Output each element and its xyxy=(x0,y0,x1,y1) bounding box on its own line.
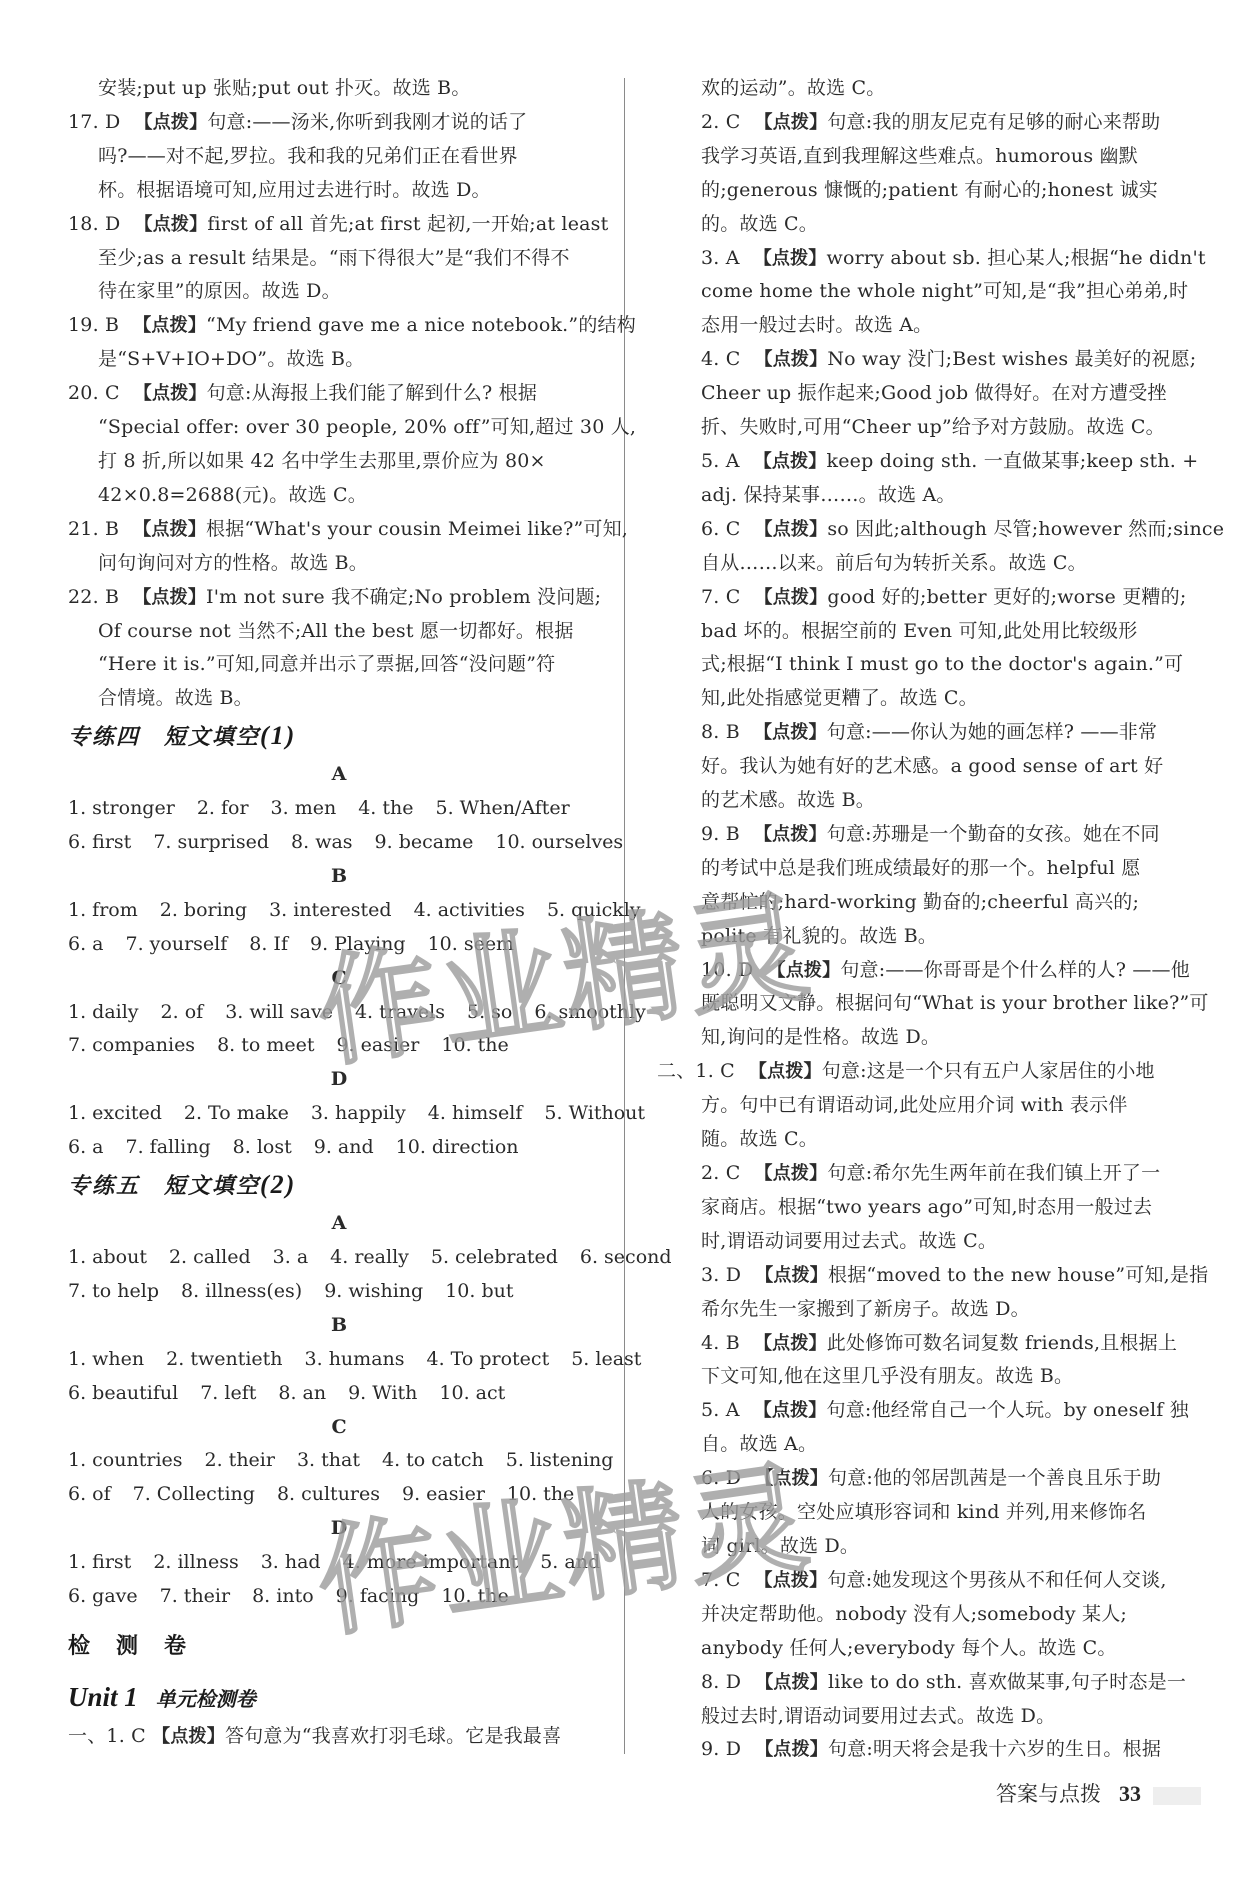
answer-line: 知,此处指感觉更糟了。故选 C。 xyxy=(701,682,1189,716)
answer-line: 时,谓语动词要用过去式。故选 C。 xyxy=(701,1225,1189,1259)
answer-first-line: 二、1. C【点拨】句意:这是一个只有五户人家居住的小地 xyxy=(657,1055,1189,1089)
answer-line: 我学习英语,直到我理解这些难点。humorous 幽默 xyxy=(701,140,1189,174)
blank-answer: 5. celebrated xyxy=(431,1246,558,1268)
answer-item: 6. C【点拨】so 因此;although 尽管;however 然而;sin… xyxy=(701,513,1189,581)
answer-number: 17. D xyxy=(68,106,121,140)
blank-answer: 9. facing xyxy=(336,1585,420,1607)
answer-line: 自。故选 A。 xyxy=(701,1428,1189,1462)
answer-number: 2. C xyxy=(701,106,741,140)
blank-answer: 2. twentieth xyxy=(166,1348,282,1370)
answer-first-line: 4. B【点拨】此处修饰可数名词复数 friends,且根据上 xyxy=(701,1327,1189,1361)
answer-first-line: 2. C【点拨】句意:我的朋友尼克有足够的耐心来帮助 xyxy=(701,106,1189,140)
blank-answer: 8. was xyxy=(291,831,353,853)
answer-line: anybody 任何人;everybody 每个人。故选 C。 xyxy=(701,1632,1189,1666)
blank-answer: 3. will save xyxy=(225,1001,333,1023)
answer-line: 意帮忙的;hard-working 勤奋的;cheerful 高兴的; xyxy=(701,886,1189,920)
answer-first-line: 17. D【点拨】句意:——汤米,你听到我刚才说的话了 xyxy=(68,106,610,140)
left-column: 安装;put up 张贴;put out 扑灭。故选 B。 17. D【点拨】句… xyxy=(68,72,610,1754)
answer-number: 21. B xyxy=(68,513,119,547)
blank-answer: 2. called xyxy=(169,1246,251,1268)
answer-list-right: 2. C【点拨】句意:我的朋友尼克有足够的耐心来帮助我学习英语,直到我理解这些难… xyxy=(701,106,1189,1055)
blank-answer: 8. into xyxy=(252,1585,314,1607)
answer-item: 2. C【点拨】句意:我的朋友尼克有足够的耐心来帮助我学习英语,直到我理解这些难… xyxy=(701,106,1189,242)
part-label: B xyxy=(68,860,610,894)
answer-line: “Special offer: over 30 people, 20% off”… xyxy=(68,411,610,445)
answer-number: 8. B xyxy=(701,716,740,750)
blank-answer: 2. boring xyxy=(160,899,247,921)
answer-list-part2: 二、1. C【点拨】句意:这是一个只有五户人家居住的小地方。句中已有谓语动词,此… xyxy=(701,1055,1189,1767)
answer-item: 6. D【点拨】句意:他的邻居凯茜是一个善良且乐于助人的女孩。空处应填形容词和 … xyxy=(701,1462,1189,1564)
answer-number: 2. C xyxy=(701,1157,741,1191)
answer-number: 1. C xyxy=(695,1055,735,1089)
answer-line: 打 8 折,所以如果 42 名中学生去那里,票价应为 80× xyxy=(68,445,610,479)
answer-first-line: 5. A【点拨】keep doing sth. 一直做某事;keep sth. … xyxy=(701,445,1189,479)
answer-row: 6. beautiful7. left8. an9. With10. act xyxy=(68,1377,610,1411)
answer-item: 一、1. C 【点拨】答句意为“我喜欢打羽毛球。它是我最喜 xyxy=(68,1720,610,1754)
answer-number: 9. B xyxy=(701,818,740,852)
answer-item: 17. D【点拨】句意:——汤米,你听到我刚才说的话了吗?——对不起,罗拉。我和… xyxy=(68,106,610,208)
blank-answer: 1. first xyxy=(68,1551,131,1573)
answer-item: 5. A【点拨】keep doing sth. 一直做某事;keep sth. … xyxy=(701,445,1189,513)
hint-tag: 【点拨】 xyxy=(134,383,207,404)
answer-first-line: 3. A【点拨】worry about sb. 担心某人;根据“he didn'… xyxy=(701,242,1189,276)
hint-tag: 【点拨】 xyxy=(754,1400,827,1421)
answer-line: polite 有礼貌的。故选 B。 xyxy=(701,920,1189,954)
blank-answer: 9. With xyxy=(348,1382,417,1404)
answer-line: Cheer up 振作起来;Good job 做得好。在对方遭受挫 xyxy=(701,377,1189,411)
blank-answer: 7. falling xyxy=(126,1136,211,1158)
answer-first-line: 2. C【点拨】句意:希尔先生两年前在我们镇上开了一 xyxy=(701,1157,1189,1191)
blank-answer: 3. had xyxy=(261,1551,321,1573)
answer-first-line: 7. C【点拨】good 好的;better 更好的;worse 更糟的; xyxy=(701,581,1189,615)
answer-row: 6. of7. Collecting8. cultures9. easier10… xyxy=(68,1478,610,1512)
blank-answer: 4. the xyxy=(358,797,413,819)
answer-row: 1. about2. called3. a4. really5. celebra… xyxy=(68,1241,610,1275)
answer-number: 3. A xyxy=(701,242,740,276)
blank-answer: 8. lost xyxy=(233,1136,292,1158)
blank-answer: 6. a xyxy=(68,933,104,955)
part-prefix: 二、 xyxy=(657,1060,695,1082)
section-5-parts: A1. about2. called3. a4. really5. celebr… xyxy=(68,1207,610,1614)
answer-item: 10. D【点拨】句意:——你哥哥是个什么样的人? ——他既聪明又文静。根据问句… xyxy=(701,954,1189,1056)
answer-first-line: 9. D【点拨】句意:明天将会是我十六岁的生日。根据 xyxy=(701,1733,1189,1767)
answer-number: 10. D xyxy=(701,954,754,988)
answer-first-line: 8. D【点拨】like to do sth. 喜欢做某事,句子时态是一 xyxy=(701,1666,1189,1700)
blank-answer: 7. Collecting xyxy=(133,1483,255,1505)
blank-answer: 6. beautiful xyxy=(68,1382,178,1404)
answer-line: 至少;as a result 结果是。“雨下得很大”是“我们不得不 xyxy=(68,242,610,276)
answer-first-line: 10. D【点拨】句意:——你哥哥是个什么样的人? ——他 xyxy=(701,954,1189,988)
blank-answer: 1. about xyxy=(68,1246,147,1268)
hint-tag: 【点拨】 xyxy=(133,519,206,540)
answer-line: adj. 保持某事……。故选 A。 xyxy=(701,479,1189,513)
blank-answer: 7. to help xyxy=(68,1280,159,1302)
answer-number: 7. C xyxy=(701,1564,741,1598)
answer-row: 1. first2. illness3. had4. more importan… xyxy=(68,1546,610,1580)
unit-title: 单元检测卷 xyxy=(156,1687,256,1711)
blank-answer: 4. To protect xyxy=(427,1348,550,1370)
continuation-text: 安装;put up 张贴;put out 扑灭。故选 B。 xyxy=(68,72,610,106)
answer-row: 6. first7. surprised8. was9. became10. o… xyxy=(68,826,610,860)
answer-number: 6. C xyxy=(701,513,741,547)
hint-tag: 【点拨】 xyxy=(755,349,828,370)
answer-line: 方。句中已有谓语动词,此处应用介词 with 表示伴 xyxy=(701,1089,1189,1123)
answer-number: 18. D xyxy=(68,208,121,242)
section-5: 专练五 短文填空(2) A1. about2. called3. a4. rea… xyxy=(68,1165,610,1614)
blank-answer: 8. If xyxy=(249,933,288,955)
blank-answer: 5. quickly xyxy=(547,899,641,921)
continuation-text: 欢的运动”。故选 C。 xyxy=(701,72,1189,106)
answer-item: 9. B【点拨】句意:苏珊是一个勤奋的女孩。她在不同的考试中总是我们班成绩最好的… xyxy=(701,818,1189,954)
blank-answer: 3. men xyxy=(271,797,337,819)
hint-tag: 【点拨】 xyxy=(754,248,827,269)
blank-answer: 4. travels xyxy=(355,1001,445,1023)
hint-tag: 【点拨】 xyxy=(755,519,828,540)
answer-number: 5. A xyxy=(701,445,740,479)
part-label: A xyxy=(68,758,610,792)
answer-first-line: 4. C【点拨】No way 没门;Best wishes 最美好的祝愿; xyxy=(701,343,1189,377)
answer-number: 6. D xyxy=(701,1462,741,1496)
unit-label: Unit 1 xyxy=(68,1682,138,1712)
answer-line: 合情境。故选 B。 xyxy=(68,682,610,716)
answer-item: 22. B【点拨】I'm not sure 我不确定;No problem 没问… xyxy=(68,581,610,717)
hint-tag: 【点拨】 xyxy=(133,587,206,608)
blank-answer: 5. least xyxy=(571,1348,641,1370)
answer-row: 6. a7. falling8. lost9. and10. direction xyxy=(68,1131,610,1165)
blank-answer: 1. when xyxy=(68,1348,144,1370)
blank-answer: 7. left xyxy=(200,1382,256,1404)
answer-line: come home the whole night”可知,是“我”担心弟弟,时 xyxy=(701,275,1189,309)
answer-line: bad 坏的。根据空前的 Even 可知,此处用比较级形 xyxy=(701,615,1189,649)
answer-line: 并决定帮助他。nobody 没有人;somebody 某人; xyxy=(701,1598,1189,1632)
part-label: D xyxy=(68,1512,610,1546)
right-column: 欢的运动”。故选 C。 2. C【点拨】句意:我的朋友尼克有足够的耐心来帮助我学… xyxy=(701,72,1189,1767)
unit-heading: Unit 1单元检测卷 xyxy=(68,1676,610,1720)
blank-answer: 7. companies xyxy=(68,1034,195,1056)
page-number: 33 xyxy=(1119,1781,1141,1806)
hint-tag: 【点拨】 xyxy=(755,1672,828,1693)
answer-number: 4. C xyxy=(701,343,741,377)
hint-tag: 【点拨】 xyxy=(754,1333,827,1354)
answer-line: 的。故选 C。 xyxy=(701,208,1189,242)
answer-number: 4. B xyxy=(701,1327,740,1361)
blank-answer: 8. illness(es) xyxy=(181,1280,302,1302)
answer-line: 随。故选 C。 xyxy=(701,1123,1189,1157)
blank-answer: 7. yourself xyxy=(126,933,228,955)
blank-answer: 6. gave xyxy=(68,1585,138,1607)
answer-line: 的考试中总是我们班成绩最好的那一个。helpful 愿 xyxy=(701,852,1189,886)
answer-item: 二、1. C【点拨】句意:这是一个只有五户人家居住的小地方。句中已有谓语动词,此… xyxy=(701,1055,1189,1157)
blank-answer: 4. himself xyxy=(428,1102,523,1124)
blank-answer: 9. and xyxy=(314,1136,374,1158)
answer-line: 杯。根据语境可知,应用过去进行时。故选 D。 xyxy=(68,174,610,208)
blank-answer: 10. the xyxy=(441,1034,508,1056)
blank-answer: 4. more important xyxy=(343,1551,519,1573)
answer-item: 4. B【点拨】此处修饰可数名词复数 friends,且根据上下文可知,他在这里… xyxy=(701,1327,1189,1395)
part-label: C xyxy=(68,1411,610,1445)
blank-answer: 1. countries xyxy=(68,1449,183,1471)
blank-answer: 3. happily xyxy=(311,1102,406,1124)
answer-number: 5. A xyxy=(701,1394,740,1428)
answer-line: 好。我认为她有好的艺术感。a good sense of art 好 xyxy=(701,750,1189,784)
hint-tag: 【点拨】 xyxy=(135,112,208,133)
blank-answer: 9. easier xyxy=(336,1034,419,1056)
section-title: 专练五 短文填空(2) xyxy=(68,1165,610,1207)
answer-row: 1. stronger2. for3. men4. the5. When/Aft… xyxy=(68,792,610,826)
hint-tag: 【点拨】 xyxy=(135,214,208,235)
answer-item: 8. B【点拨】句意:——你认为她的画怎样? ——非常好。我认为她有好的艺术感。… xyxy=(701,716,1189,818)
hint-tag: 【点拨】 xyxy=(755,1265,828,1286)
hint-tag: 【点拨】 xyxy=(754,722,827,743)
answer-number: 8. D xyxy=(701,1666,741,1700)
blank-answer: 3. that xyxy=(297,1449,360,1471)
hint-tag: 【点拨】 xyxy=(754,824,827,845)
answer-row: 1. when2. twentieth3. humans4. To protec… xyxy=(68,1343,610,1377)
answer-first-line: 8. B【点拨】句意:——你认为她的画怎样? ——非常 xyxy=(701,716,1189,750)
part-label: D xyxy=(68,1063,610,1097)
section-4-parts: A1. stronger2. for3. men4. the5. When/Af… xyxy=(68,758,610,1165)
blank-answer: 9. easier xyxy=(402,1483,485,1505)
answer-number: 22. B xyxy=(68,581,119,615)
blank-answer: 5. listening xyxy=(506,1449,614,1471)
blank-answer: 5. When/After xyxy=(436,797,570,819)
blank-answer: 6. first xyxy=(68,831,131,853)
answer-line: 式;根据“I think I must go to the doctor's a… xyxy=(701,648,1189,682)
hint-tag: 【点拨】 xyxy=(133,315,206,336)
answer-list-left: 17. D【点拨】句意:——汤米,你听到我刚才说的话了吗?——对不起,罗拉。我和… xyxy=(68,106,610,716)
answer-row: 1. countries2. their3. that4. to catch5.… xyxy=(68,1444,610,1478)
blank-answer: 3. interested xyxy=(269,899,391,921)
part-label: B xyxy=(68,1309,610,1343)
blank-answer: 10. direction xyxy=(396,1136,519,1158)
hint-tag: 【点拨】 xyxy=(755,1468,828,1489)
answer-line: 知,询问的是性格。故选 D。 xyxy=(701,1021,1189,1055)
answer-first-line: 7. C【点拨】句意:她发现这个男孩从不和任何人交谈, xyxy=(701,1564,1189,1598)
answer-item: 2. C【点拨】句意:希尔先生两年前在我们镇上开了一家商店。根据“two yea… xyxy=(701,1157,1189,1259)
answer-line: Of course not 当然不;All the best 愿一切都好。根据 xyxy=(68,615,610,649)
answer-first-line: 5. A【点拨】句意:他经常自己一个人玩。by oneself 独 xyxy=(701,1394,1189,1428)
answer-first-line: 3. D【点拨】根据“moved to the new house”可知,是指 xyxy=(701,1259,1189,1293)
answer-line: 态用一般过去时。故选 A。 xyxy=(701,309,1189,343)
answer-line: 问句询问对方的性格。故选 B。 xyxy=(68,547,610,581)
hint-tag: 【点拨】 xyxy=(755,112,828,133)
answer-number: 3. D xyxy=(701,1259,741,1293)
blank-answer: 10. the xyxy=(441,1585,508,1607)
section-4: 专练四 短文填空(1) A1. stronger2. for3. men4. t… xyxy=(68,716,610,1165)
answer-line: 42×0.8=2688(元)。故选 C。 xyxy=(68,479,610,513)
answer-row: 1. daily2. of3. will save4. travels5. so… xyxy=(68,996,610,1030)
section-title: 专练四 短文填空(1) xyxy=(68,716,610,758)
blank-answer: 4. really xyxy=(330,1246,409,1268)
answer-item: 21. B【点拨】根据“What's your cousin Meimei li… xyxy=(68,513,610,581)
answer-line: 家商店。根据“two years ago”可知,时态用一般过去 xyxy=(701,1191,1189,1225)
hint-tag: 【点拨】 xyxy=(755,1570,828,1591)
answer-item: 4. C【点拨】No way 没门;Best wishes 最美好的祝愿;Che… xyxy=(701,343,1189,445)
answer-row: 6. a7. yourself8. If9. Playing10. seem xyxy=(68,928,610,962)
answer-item: 3. A【点拨】worry about sb. 担心某人;根据“he didn'… xyxy=(701,242,1189,344)
blank-answer: 5. Without xyxy=(544,1102,645,1124)
blank-answer: 3. a xyxy=(273,1246,309,1268)
hint-tag: 【点拨】 xyxy=(755,1163,828,1184)
blank-answer: 1. from xyxy=(68,899,138,921)
blank-answer: 10. ourselves xyxy=(495,831,623,853)
answer-line: 折、失败时,可用“Cheer up”给予对方鼓励。故选 C。 xyxy=(701,411,1189,445)
answer-row: 7. to help8. illness(es)9. wishing10. bu… xyxy=(68,1275,610,1309)
blank-answer: 2. illness xyxy=(153,1551,238,1573)
blank-answer: 6. smoothly xyxy=(534,1001,646,1023)
part-label: A xyxy=(68,1207,610,1241)
answer-line: 吗?——对不起,罗拉。我和我的兄弟们正在看世界 xyxy=(68,140,610,174)
answer-number: 20. C xyxy=(68,377,120,411)
answer-first-line: 6. C【点拨】so 因此;although 尽管;however 然而;sin… xyxy=(701,513,1189,547)
answer-item: 20. C【点拨】句意:从海报上我们能了解到什么? 根据“Special off… xyxy=(68,377,610,513)
blank-answer: 7. surprised xyxy=(153,831,269,853)
footer-mark xyxy=(1153,1787,1201,1805)
answer-item: 9. D【点拨】句意:明天将会是我十六岁的生日。根据 xyxy=(701,1733,1189,1767)
answer-item: 7. C【点拨】good 好的;better 更好的;worse 更糟的;bad… xyxy=(701,581,1189,717)
blank-answer: 9. became xyxy=(375,831,474,853)
hint-tag: 【点拨】 xyxy=(768,960,841,981)
hint-tag: 【点拨】 xyxy=(749,1061,822,1082)
blank-answer: 10. the xyxy=(507,1483,574,1505)
blank-answer: 9. wishing xyxy=(324,1280,423,1302)
blank-answer: 10. seem xyxy=(428,933,515,955)
blank-answer: 4. to catch xyxy=(382,1449,484,1471)
blank-answer: 10. but xyxy=(445,1280,513,1302)
blank-answer: 2. for xyxy=(197,797,249,819)
blank-answer: 4. activities xyxy=(414,899,525,921)
answer-row: 1. from2. boring3. interested4. activiti… xyxy=(68,894,610,928)
blank-answer: 10. act xyxy=(439,1382,505,1404)
blank-answer: 9. Playing xyxy=(310,933,406,955)
answer-line: 的;generous 慷慨的;patient 有耐心的;honest 诚实 xyxy=(701,174,1189,208)
blank-answer: 7. their xyxy=(160,1585,230,1607)
blank-answer: 5. and xyxy=(540,1551,600,1573)
footer-label: 答案与点拨 xyxy=(996,1782,1101,1806)
blank-answer: 6. a xyxy=(68,1136,104,1158)
answer-first-line: 9. B【点拨】句意:苏珊是一个勤奋的女孩。她在不同 xyxy=(701,818,1189,852)
answer-line: 自从……以来。前后句为转折关系。故选 C。 xyxy=(701,547,1189,581)
answer-item: 7. C【点拨】句意:她发现这个男孩从不和任何人交谈,并决定帮助他。nobody… xyxy=(701,1564,1189,1666)
answer-item: 18. D【点拨】first of all 首先;at first 起初,一开始… xyxy=(68,208,610,310)
answer-line: 人的女孩。空处应填形容词和 kind 并列,用来修饰名 xyxy=(701,1496,1189,1530)
blank-answer: 6. of xyxy=(68,1483,111,1505)
blank-answer: 2. To make xyxy=(184,1102,289,1124)
answer-row: 6. gave7. their8. into9. facing10. the xyxy=(68,1580,610,1614)
answer-item: 19. B【点拨】“My friend gave me a nice noteb… xyxy=(68,309,610,377)
answer-line: 待在家里”的原因。故选 D。 xyxy=(68,275,610,309)
answer-first-line: 20. C【点拨】句意:从海报上我们能了解到什么? 根据 xyxy=(68,377,610,411)
answer-line: 下文可知,他在这里几乎没有朋友。故选 B。 xyxy=(701,1360,1189,1394)
page-footer: 答案与点拨33 xyxy=(996,1778,1201,1808)
blank-answer: 8. cultures xyxy=(277,1483,380,1505)
answer-line: 词 girl。故选 D。 xyxy=(701,1530,1189,1564)
blank-answer: 1. stronger xyxy=(68,797,175,819)
answer-row: 1. excited2. To make3. happily4. himself… xyxy=(68,1097,610,1131)
answer-item: 5. A【点拨】句意:他经常自己一个人玩。by oneself 独自。故选 A。 xyxy=(701,1394,1189,1462)
test-section-title: 检测卷 xyxy=(68,1620,610,1674)
part-label: C xyxy=(68,962,610,996)
hint-tag: 【点拨】 xyxy=(754,451,827,472)
blank-answer: 2. their xyxy=(205,1449,275,1471)
answer-first-line: 21. B【点拨】根据“What's your cousin Meimei li… xyxy=(68,513,610,547)
blank-answer: 8. to meet xyxy=(217,1034,314,1056)
answer-line: 既聪明又文静。根据问句“What is your brother like?”可 xyxy=(701,987,1189,1021)
answer-first-line: 6. D【点拨】句意:他的邻居凯茜是一个善良且乐于助 xyxy=(701,1462,1189,1496)
answer-line: 的艺术感。故选 B。 xyxy=(701,784,1189,818)
hint-tag: 【点拨】 xyxy=(755,1739,828,1760)
answer-number: 7. C xyxy=(701,581,741,615)
answer-line: 般过去时,谓语动词要用过去式。故选 D。 xyxy=(701,1700,1189,1734)
answer-first-line: 22. B【点拨】I'm not sure 我不确定;No problem 没问… xyxy=(68,581,610,615)
answer-first-line: 19. B【点拨】“My friend gave me a nice noteb… xyxy=(68,309,610,343)
blank-answer: 6. second xyxy=(580,1246,672,1268)
hint-tag: 【点拨】 xyxy=(152,1726,225,1747)
blank-answer: 8. an xyxy=(278,1382,326,1404)
blank-answer: 2. of xyxy=(161,1001,204,1023)
answer-number: 9. D xyxy=(701,1733,741,1767)
answer-first-line: 18. D【点拨】first of all 首先;at first 起初,一开始… xyxy=(68,208,610,242)
answer-line: “Here it is.”可知,同意并出示了票据,回答“没问题”符 xyxy=(68,648,610,682)
answer-line: 是“S+V+IO+DO”。故选 B。 xyxy=(68,343,610,377)
blank-answer: 3. humans xyxy=(305,1348,405,1370)
blank-answer: 1. daily xyxy=(68,1001,139,1023)
answer-number: 19. B xyxy=(68,309,119,343)
answer-line: 希尔先生一家搬到了新房子。故选 D。 xyxy=(701,1293,1189,1327)
blank-answer: 1. excited xyxy=(68,1102,162,1124)
answer-item: 8. D【点拨】like to do sth. 喜欢做某事,句子时态是一般过去时… xyxy=(701,1666,1189,1734)
answer-item: 3. D【点拨】根据“moved to the new house”可知,是指希… xyxy=(701,1259,1189,1327)
hint-tag: 【点拨】 xyxy=(755,587,828,608)
answer-row: 7. companies8. to meet9. easier10. the xyxy=(68,1029,610,1063)
blank-answer: 5. so xyxy=(467,1001,512,1023)
